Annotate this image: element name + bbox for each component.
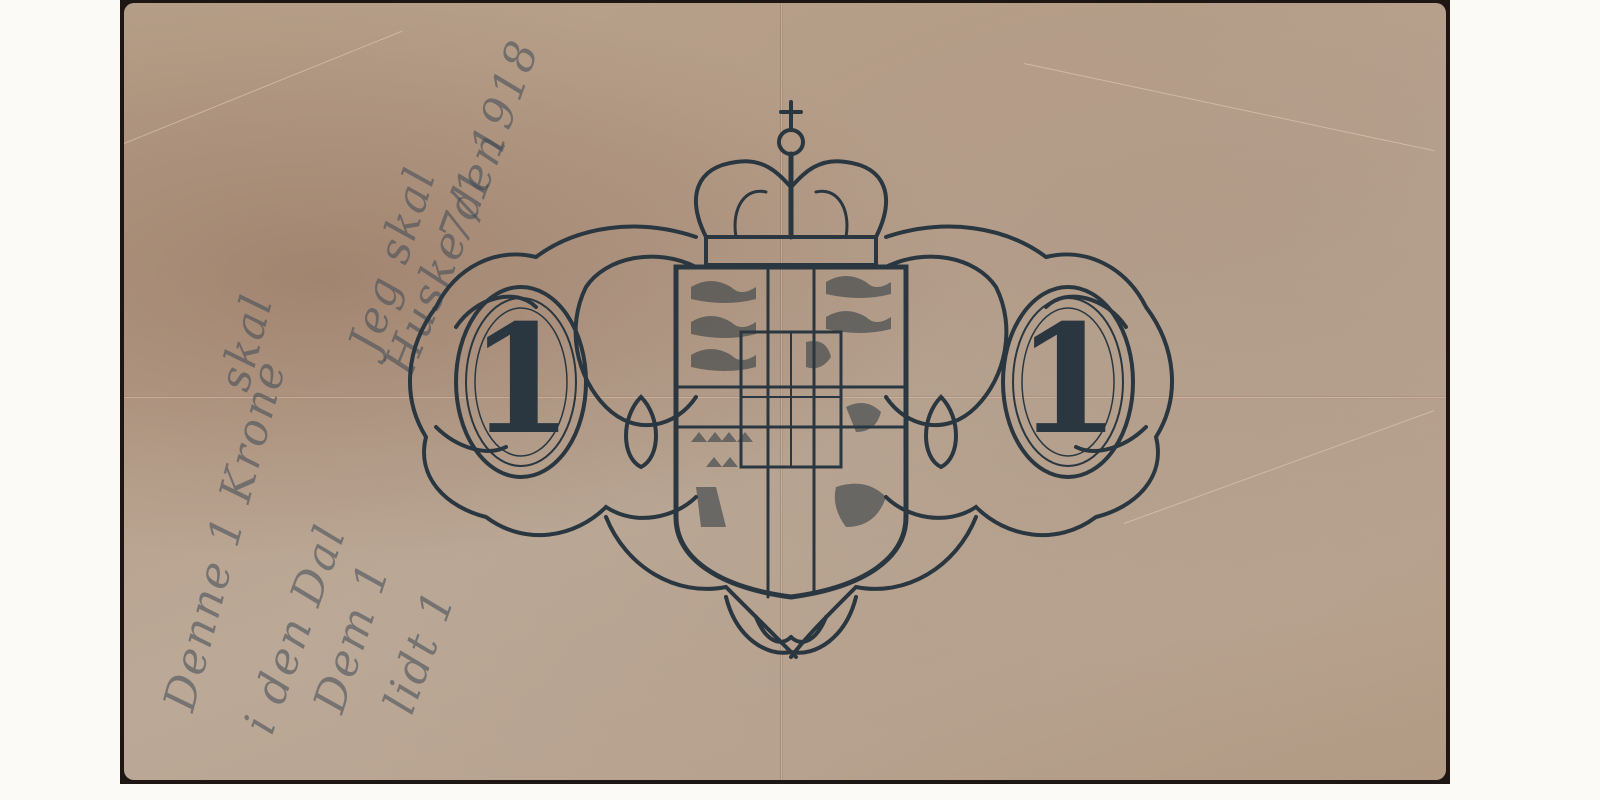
- denomination-right: 1: [1016, 292, 1120, 468]
- denomination-left: 1: [469, 292, 573, 468]
- coat-of-arms-emblem: 1 1: [396, 97, 1186, 667]
- banknote: Denne 1 Krone skal i den Dal Dem 1 Jeg s…: [124, 3, 1446, 780]
- photo-stage: Denne 1 Krone skal i den Dal Dem 1 Jeg s…: [0, 0, 1600, 800]
- crease: [124, 31, 402, 144]
